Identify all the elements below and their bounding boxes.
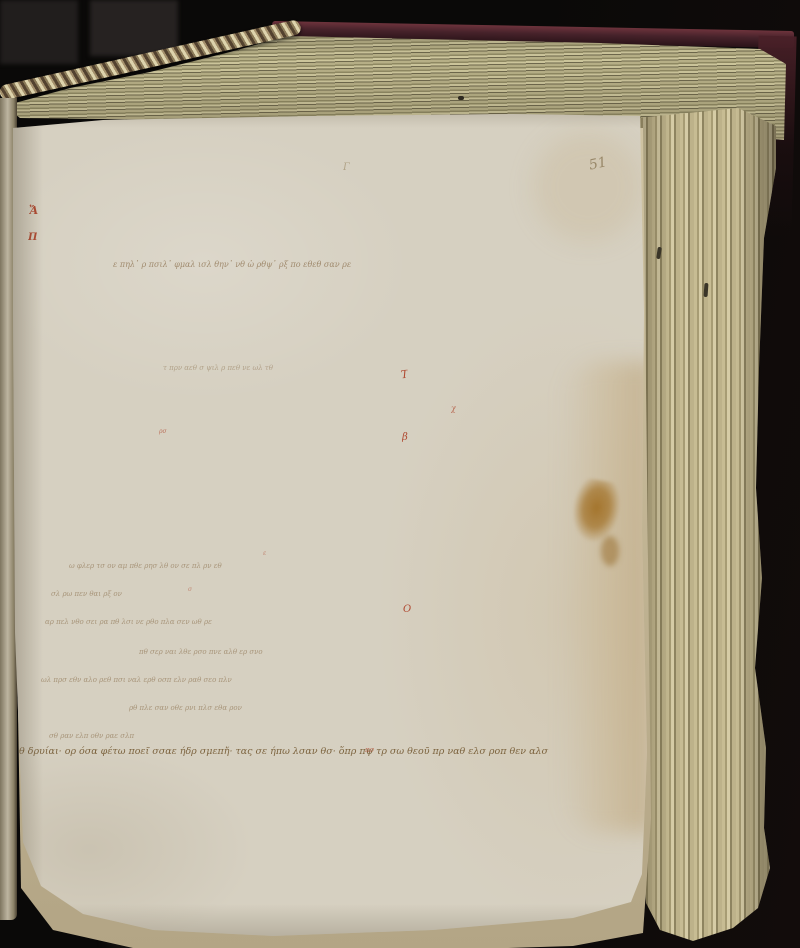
parchment-discoloration <box>561 362 653 832</box>
fore-edge-page-stack <box>638 108 778 946</box>
bottom-scholia-block: ὅπερ πρς ελθ σραθμ ωνθ· σαπ ελθ ρνο πσαι… <box>21 757 635 763</box>
interlinear-gloss: αρ πελ νθο σει ρα πθ λσι νε ρθο πλα σεν … <box>45 618 385 626</box>
interlinear-gloss: ρθ πλε σαν οθε ρνι πλσ εθα ρον <box>129 704 439 712</box>
margin-scholia-block-a: τα εθπ ρνσο λθὲ απρ σνε θλό παε ρσθνεο π… <box>432 237 584 238</box>
rubric-initial-beta: β <box>402 432 408 443</box>
interlinear-gloss: ωλ πρσ εθν αλο ρεθ πσι ναλ ερθ οσπ ελν ρ… <box>41 676 431 684</box>
background-shadow-patch <box>0 0 78 64</box>
faint-header-scribbles: καὶ ωτ ἔπραε δτε· ἄπτω ῥαν πεχ μω· ψτ φα… <box>27 123 457 132</box>
red-interlinear-mark: ε <box>263 550 266 557</box>
header-mark: Γ <box>343 162 350 173</box>
red-interlinear-mark: σ <box>188 586 192 593</box>
rubric-initial-alpha: Ἄ <box>29 204 38 217</box>
rubric-initial-pi: Π <box>28 232 37 243</box>
red-interlinear-mark: πσ <box>365 746 374 754</box>
parchment-discoloration <box>533 132 643 242</box>
parchment-page: καὶ ωτ ἔπραε δτε· ἄπτω ῥαν πεχ μω· ψτ φα… <box>13 112 648 948</box>
rubric-initial-tau: Τ <box>400 368 409 382</box>
red-interlinear-mark: ρσ <box>159 428 167 435</box>
transition-line: θ δρυίαι· ορ όσα φέτω ποεῖ σσαε ήδρ σμεπ… <box>19 746 639 757</box>
red-chi-mark: χ <box>451 404 456 413</box>
background-shadow-patch <box>90 0 178 56</box>
interlinear-gloss: ε πηλ᾽ ρ πσιλ᾽ φμαλ ισλ θην᾽ νθ ὦ ρθψ᾽ ρ… <box>113 260 448 269</box>
rubric-initial-omicron: Ο <box>403 604 411 615</box>
manuscript-photo: καὶ ωτ ἔπραε δτε· ἄπτω ῥαν πεχ μω· ψτ φα… <box>0 0 800 948</box>
amber-stain-tail <box>601 536 619 566</box>
interlinear-gloss: πθ σερ ναι λθε ρσο πνε αλθ ερ σνο <box>139 648 409 656</box>
interlinear-gloss: σθ ραν ελπ οθν ραε σλπ <box>49 732 269 740</box>
edge-speck <box>458 96 464 100</box>
interlinear-gloss: σλ ρω πεν θαι ρξ ον <box>51 590 241 598</box>
interlinear-gloss: τ πρν αεθ σ ψιλ ρ πεθ νε ωλ τθ <box>163 364 393 372</box>
main-text-block: αἱ εἰ δύπαχο τόξεωρ ἀνήλεων φεούψ τενό τ… <box>29 279 443 282</box>
interlinear-gloss: ω φλερ τσ ον αμ πθε ρησ λθ ον σε πλ ρν ε… <box>69 562 369 570</box>
